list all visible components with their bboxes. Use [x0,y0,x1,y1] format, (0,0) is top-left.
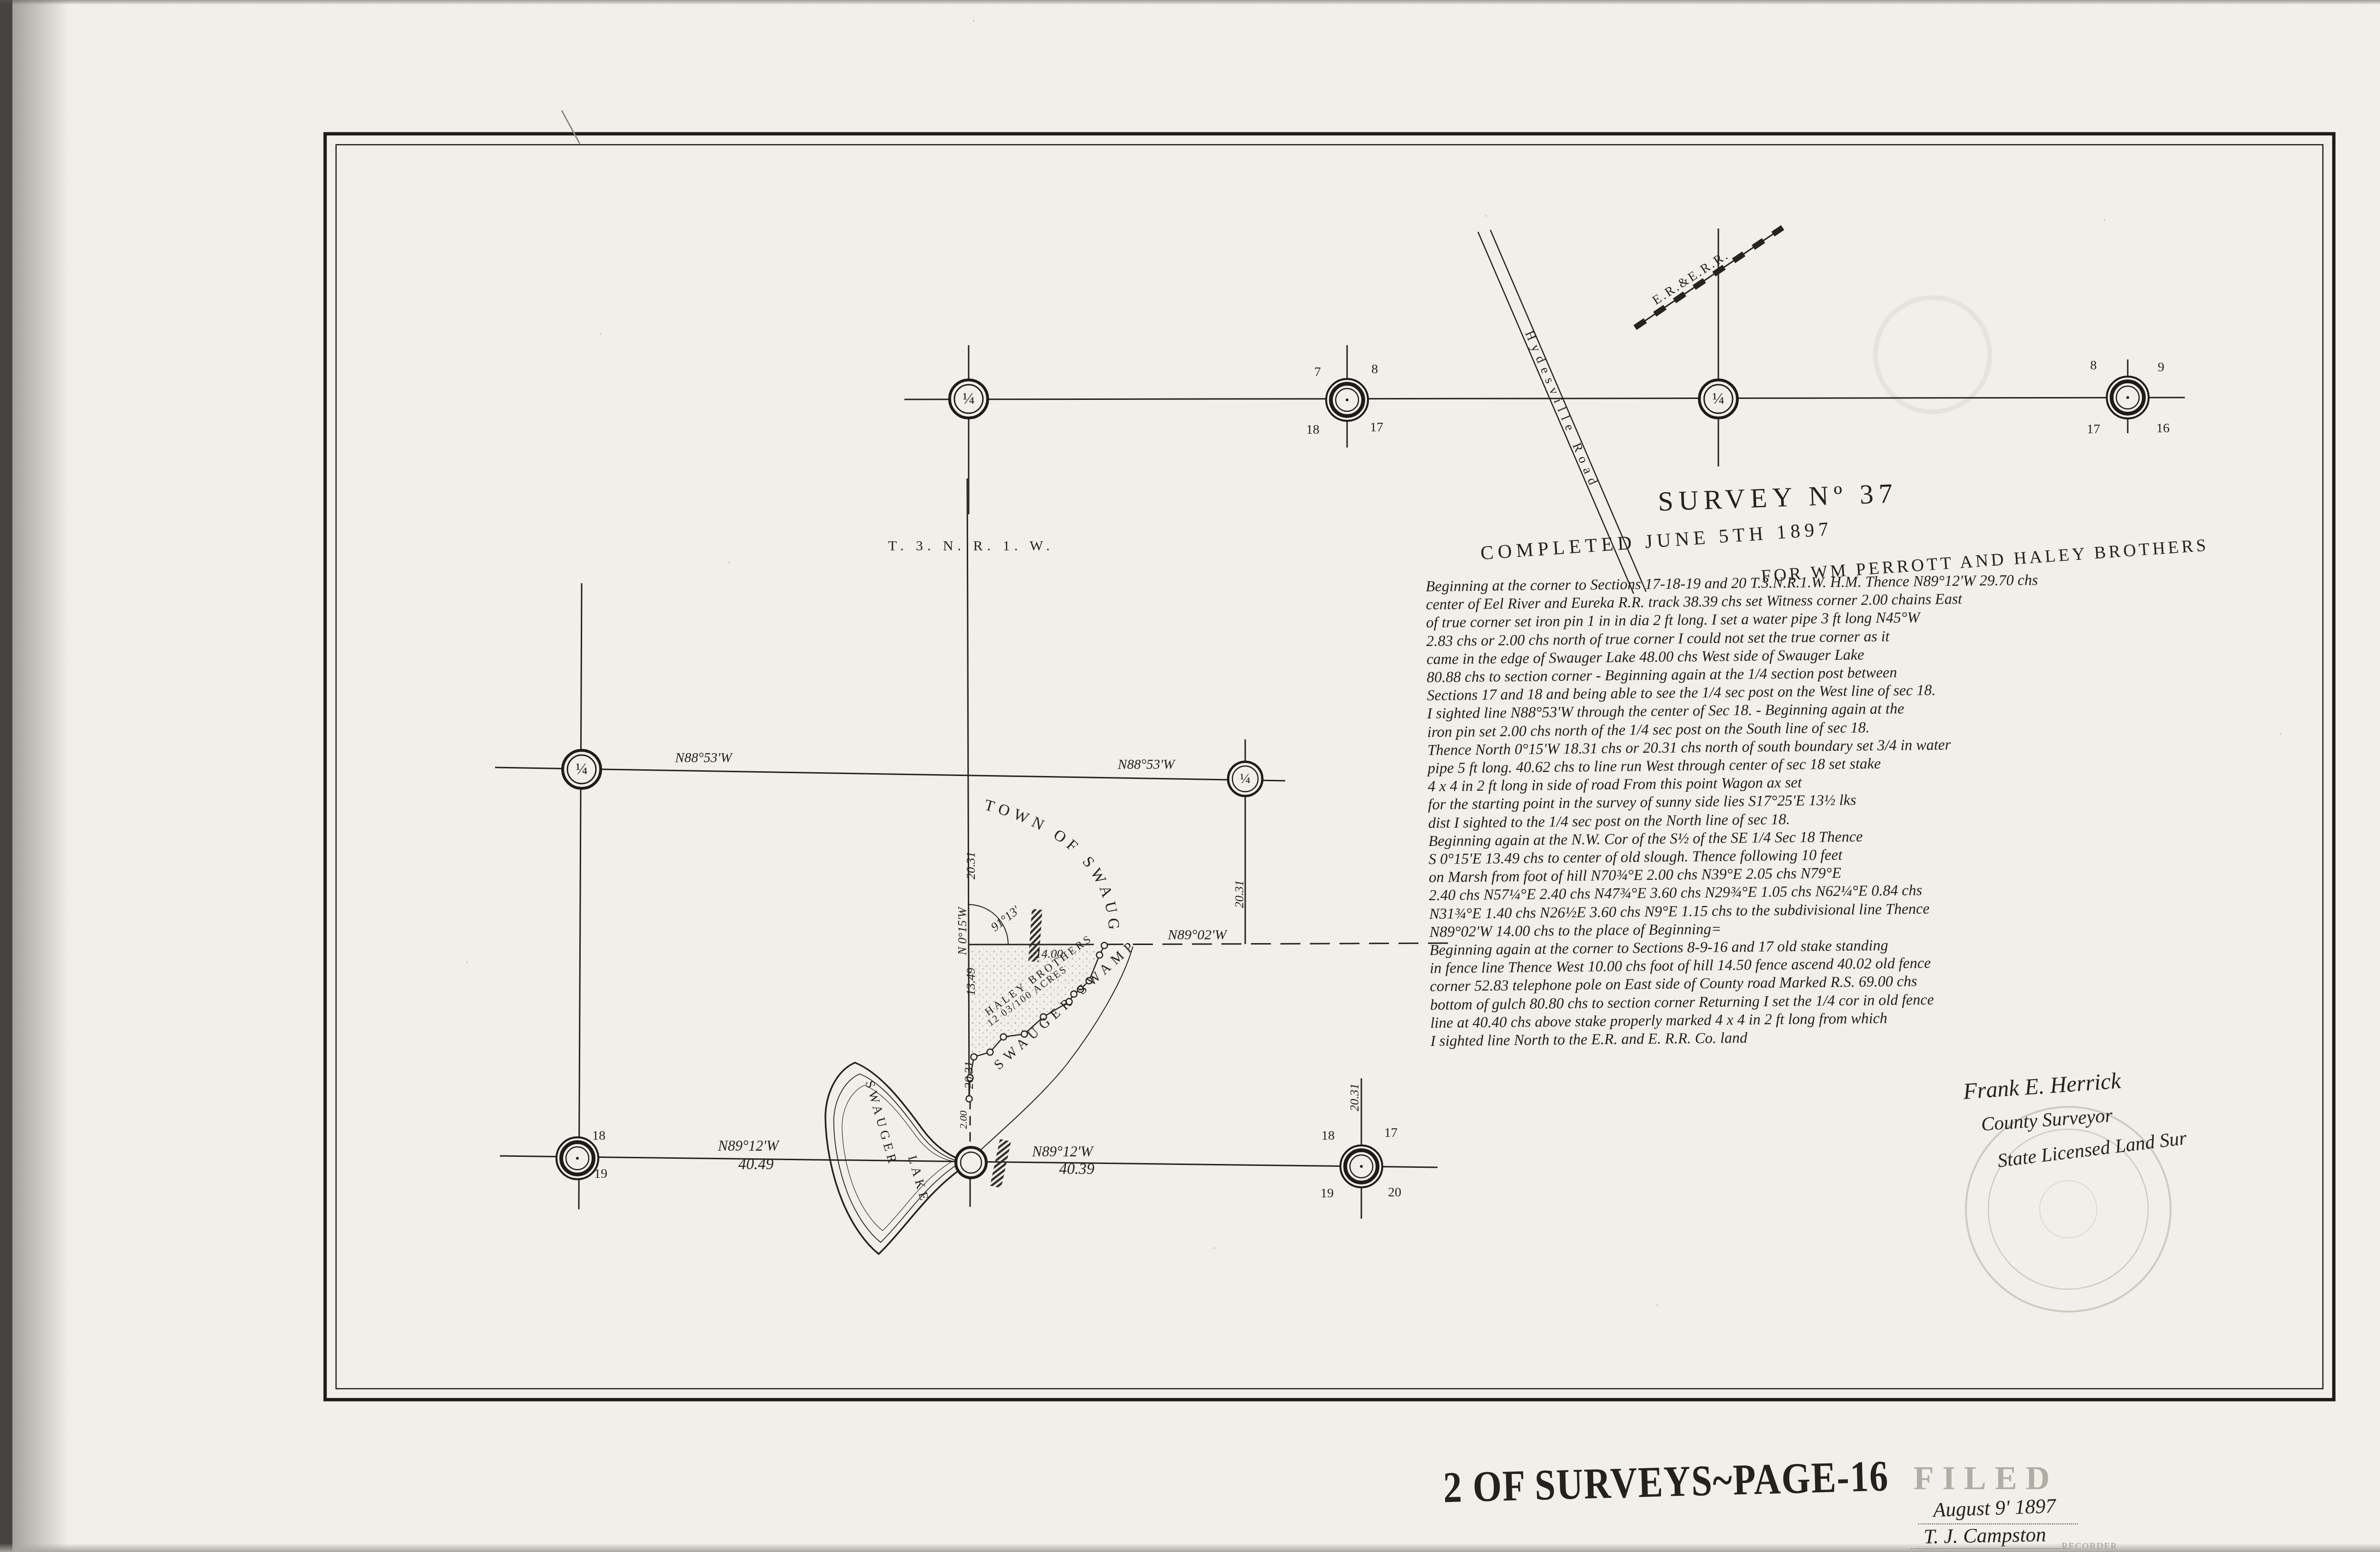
witness-corner-marker [956,1147,986,1178]
section-number: 8 [1371,363,1378,376]
section-number: 9 [2158,361,2164,374]
scanned-survey-page: TOWN OF SWAUGER. 16 SURVEY Nº 37 COMPLET… [0,0,2380,1552]
dist-east-line: 20.31 [1349,1084,1361,1112]
dist-south-west: 40.49 [738,1157,773,1173]
section-number: 8 [2090,359,2097,372]
town-of-swauger-label: TOWN OF SWAUGER. [0,0,1122,935]
paper-speck [1656,1304,1658,1306]
paper-speck [973,20,974,21]
scan-edge-bottom [0,1543,2380,1552]
dist-subdivision: 14.00 [1035,948,1063,960]
paper-speck [466,962,468,963]
filed-stamp: FILED [1914,1462,2058,1495]
scan-edge-top [0,0,2380,5]
ns-bearing-label: N 0°15'W [956,907,969,955]
section-number: 17 [2087,423,2100,436]
dist-south-east: 40.39 [1059,1162,1094,1177]
dist-20-31-upper: 20.31 [965,852,977,880]
survey-notes: Beginning at the corner to Sections 17-1… [1426,569,2211,1050]
section-number: 7 [1314,366,1321,379]
paper-speck [728,562,730,563]
dist-13-49: 13.49 [965,968,977,996]
filing-date: August 9' 1897 [1933,1496,2056,1521]
section-number: 17 [1370,421,1383,434]
section-number: 19 [1320,1187,1334,1200]
quarter-corner-label: ¼ [1712,391,1725,407]
railroad-line [1635,228,1783,328]
quarter-corner-label: ¼ [1240,772,1251,786]
paper-speck [600,333,601,335]
dist-two-chains: 2.00 [958,1111,969,1129]
section-number: 20 [1388,1186,1401,1199]
township-label: T. 3. N. R. 1. W. [888,539,1054,553]
bearing-subdivision: N89°02'W [1168,928,1226,942]
bearing-south-west: N89°12'W [718,1138,779,1153]
section-number: 18 [1321,1129,1335,1143]
paper-speck [1214,1247,1215,1249]
section-number: 18 [592,1129,605,1143]
scan-edge-left-shadow [12,0,69,1552]
bearing-center-west: N88°53'W [675,751,732,765]
dist-center-line: 20.31 [1233,880,1246,908]
paper-speck [2104,219,2105,220]
bearing-center-east: N88°53'W [1118,758,1174,772]
scan-edge-left [0,0,12,1552]
pencil-mark [562,110,580,144]
bearing-south-east: N89°12'W [1032,1144,1093,1159]
quarter-corner-label: ¼ [962,391,975,407]
section-number: 18 [1306,423,1319,437]
dist-20-31-lower: 20.31 [963,1061,975,1089]
section-number: 19 [594,1167,607,1181]
section-number: 16 [2156,422,2170,435]
filing-caption: 2 OF SURVEYS~PAGE-16 [1443,1454,1890,1509]
paper-speck [1485,215,1487,217]
section-number: 17 [1384,1126,1398,1140]
paper-speck [2280,733,2281,735]
faint-stamp-smudge [1875,298,1990,412]
quarter-corner-label: ¼ [575,761,588,777]
